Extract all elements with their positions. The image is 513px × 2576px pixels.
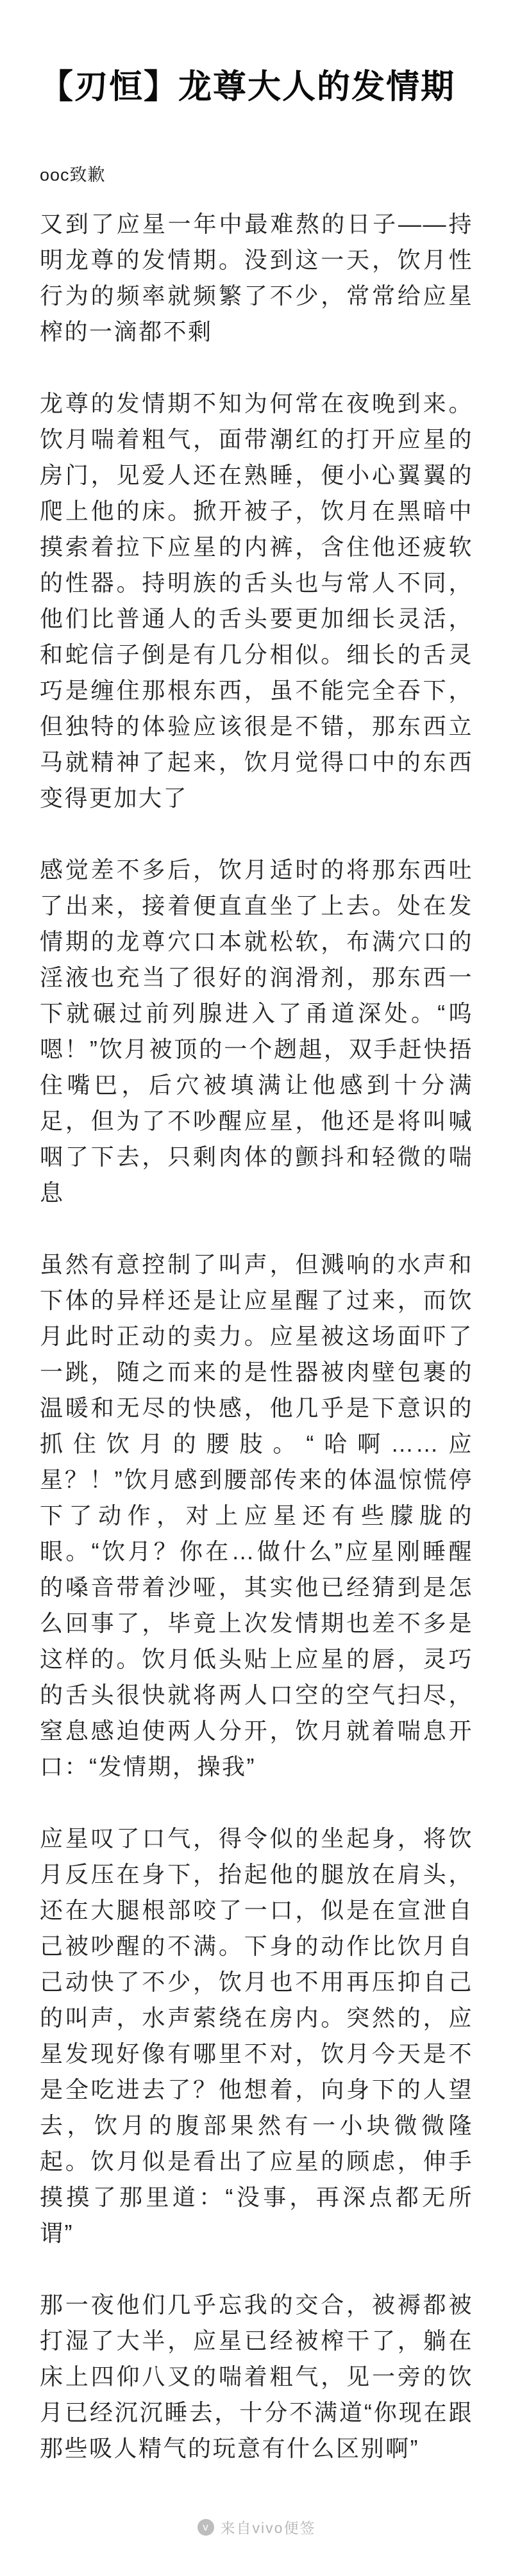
story-paragraph: 龙尊的发情期不知为何常在夜晚到来。饮月喘着粗气，面带潮红的打开应星的房门，见爱人…: [40, 386, 473, 816]
story-paragraph: 那一夜他们几乎忘我的交合，被褥都被打湿了大半，应星已经被榨干了，躺在床上四仰八叉…: [40, 2287, 473, 2466]
story-paragraph: 感觉差不多后，饮月适时的将那东西吐了出来，接着便直直坐了上去。处在发情期的龙尊穴…: [40, 852, 473, 1211]
note-page: 【刃恒】龙尊大人的发情期 ooc致歉 又到了应星一年中最难熬的日子——持明龙尊的…: [0, 0, 513, 2576]
vivo-badge-icon: v: [198, 2519, 214, 2536]
story-paragraph: 虽然有意控制了叫声，但溅响的水声和下体的异样还是让应星醒了过来，而饮月此时正动的…: [40, 1247, 473, 1785]
story-body: 又到了应星一年中最难熬的日子——持明龙尊的发情期。没到这一天，饮月性行为的频率就…: [40, 206, 473, 2466]
source-footer-text: 来自vivo便签: [221, 2516, 316, 2538]
source-footer: v 来自vivo便签: [40, 2516, 473, 2538]
story-paragraph: 又到了应星一年中最难熬的日子——持明龙尊的发情期。没到这一天，饮月性行为的频率就…: [40, 206, 473, 350]
story-paragraph: 应星叹了口气，得令似的坐起身，将饮月反压在身下，抬起他的腿放在肩头，还在大腿根部…: [40, 1821, 473, 2251]
page-title: 【刃恒】龙尊大人的发情期: [40, 67, 473, 107]
author-note: ooc致歉: [40, 161, 473, 186]
